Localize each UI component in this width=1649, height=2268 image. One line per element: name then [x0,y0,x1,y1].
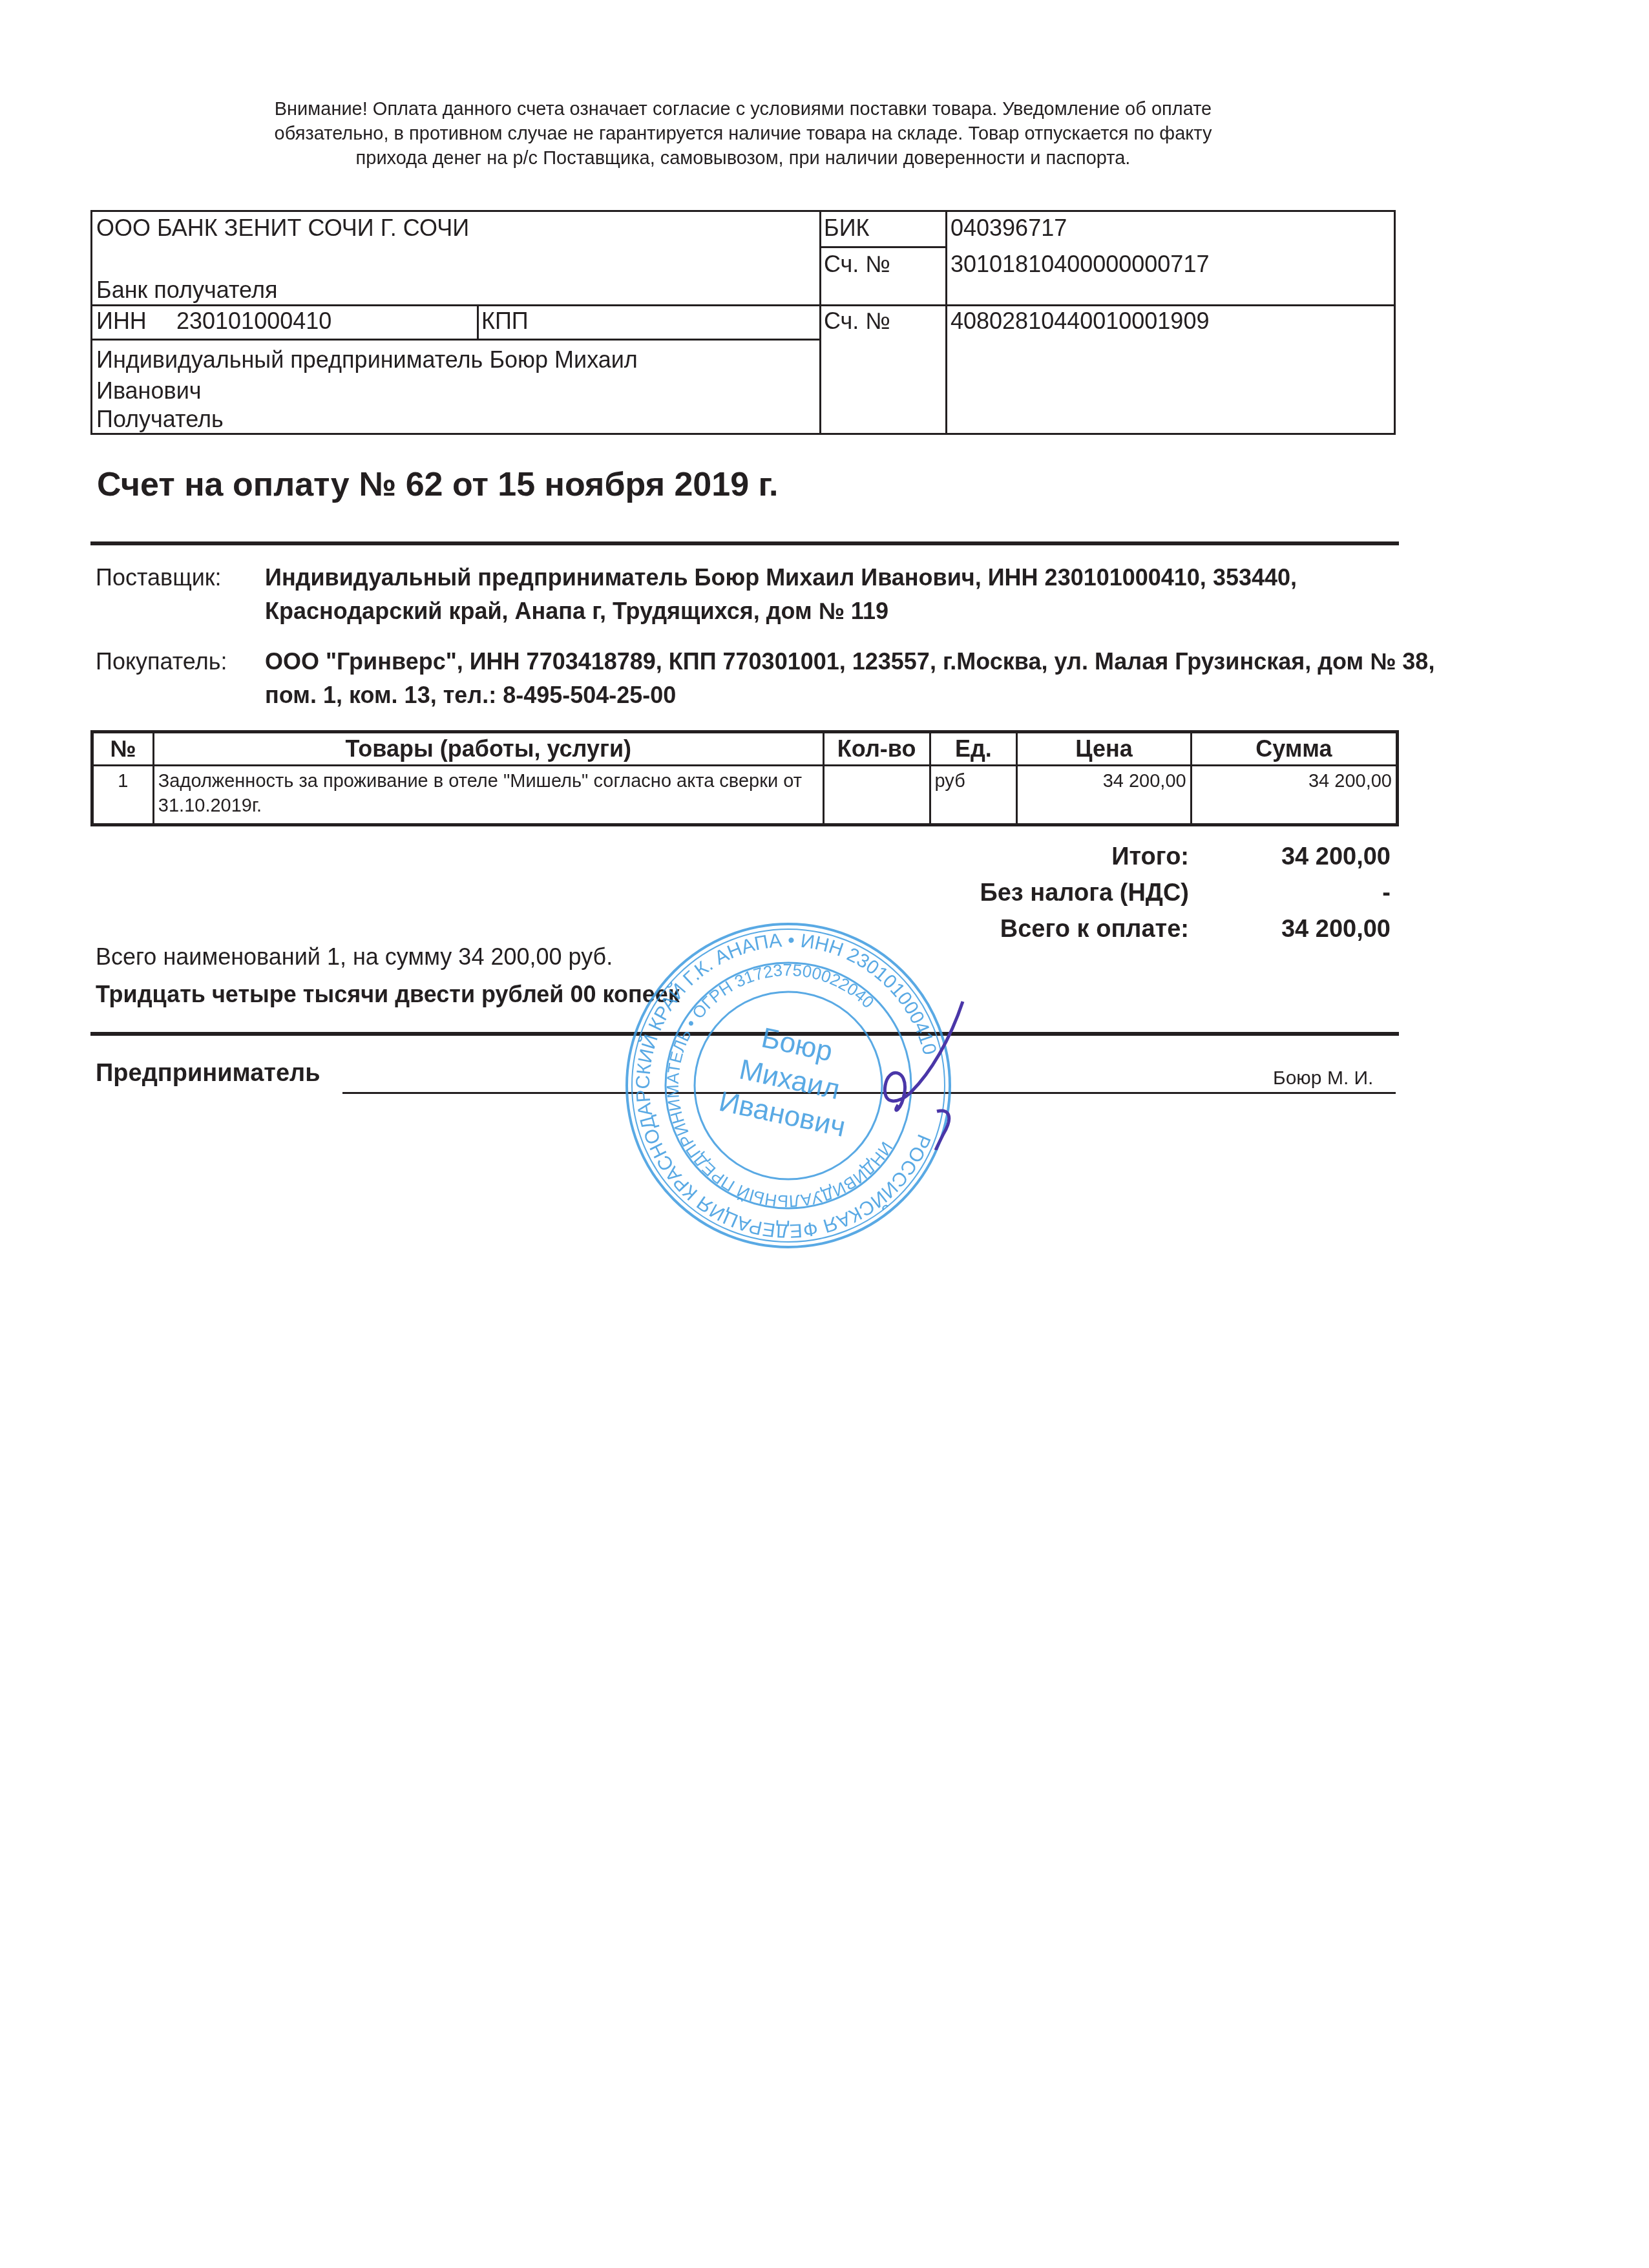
corr-account-label: Сч. № [824,251,890,278]
bik-label: БИК [824,215,869,242]
kpp-label: КПП [481,308,529,335]
row-name: Задолженность за проживание в отеле "Миш… [153,766,823,825]
vat-label: Без налога (НДС) [801,879,1189,907]
table-header: № Товары (работы, услуги) Кол-во Ед. Цен… [92,732,1398,766]
total-label: Итого: [801,843,1189,871]
corr-account-value: 30101810400000000717 [951,251,1209,278]
inn-label: ИНН [96,308,147,335]
col-price: Цена [1017,732,1191,766]
row-unit: руб [930,766,1017,825]
inn-value: 230101000410 [176,308,331,335]
divider [92,304,1394,306]
divider [819,212,821,433]
invoice-title: Счет на оплату № 62 от 15 ноября 2019 г. [97,465,778,504]
vat-value: - [1197,879,1391,907]
title-rule [90,541,1399,545]
supplier-value: Индивидуальный предприниматель Боюр Миха… [265,561,1447,628]
signature-icon [853,995,982,1150]
signer-role: Предприниматель [96,1060,320,1087]
col-qty: Кол-во [823,732,930,766]
divider [945,212,947,433]
bank-label: Банк получателя [96,277,277,304]
divider [92,339,819,341]
account-label: Сч. № [824,308,890,335]
notice-line: обязательно, в противном случае не гаран… [162,121,1325,146]
recipient-name: Индивидуальный предприниматель Боюр Миха… [96,344,742,406]
buyer-label: Покупатель: [96,645,227,678]
col-sum: Сумма [1191,732,1397,766]
col-number: № [92,732,154,766]
notice-line: прихода денег на р/с Поставщика, самовыв… [162,146,1325,171]
amount-in-words: Тридцать четыре тысячи двести рублей 00 … [96,981,680,1008]
supplier-label: Поставщик: [96,561,222,594]
account-value: 40802810440010001909 [951,308,1209,335]
bank-details-table: ООО БАНК ЗЕНИТ СОЧИ Г. СОЧИ Банк получат… [90,210,1396,435]
row-sum: 34 200,00 [1191,766,1397,825]
buyer-block: Покупатель: ООО "Гринверс", ИНН 77034187… [96,645,1453,716]
row-number: 1 [92,766,154,825]
divider [477,304,479,339]
payment-notice: Внимание! Оплата данного счета означает … [162,97,1325,171]
signer-name: Боюр М. И. [1273,1067,1373,1089]
total-value: 34 200,00 [1197,843,1391,871]
row-price: 34 200,00 [1017,766,1191,825]
items-table: № Товары (работы, услуги) Кол-во Ед. Цен… [90,730,1399,826]
recipient-label: Получатель [96,406,224,433]
row-qty [823,766,930,825]
supplier-block: Поставщик: Индивидуальный предпринимател… [96,561,1453,632]
col-goods: Товары (работы, услуги) [153,732,823,766]
totals-values: 34 200,00 - 34 200,00 [1195,843,1391,947]
buyer-value: ООО "Гринверс", ИНН 7703418789, КПП 7703… [265,645,1447,712]
bank-name: ООО БАНК ЗЕНИТ СОЧИ Г. СОЧИ [96,215,469,242]
bik-value: 040396717 [951,215,1067,242]
items-count-line: Всего наименований 1, на сумму 34 200,00… [96,943,613,971]
divider [819,246,945,248]
table-row: 1 Задолженность за проживание в отеле "М… [92,766,1398,825]
col-unit: Ед. [930,732,1017,766]
notice-line: Внимание! Оплата данного счета означает … [162,97,1325,121]
due-value: 34 200,00 [1197,916,1391,943]
